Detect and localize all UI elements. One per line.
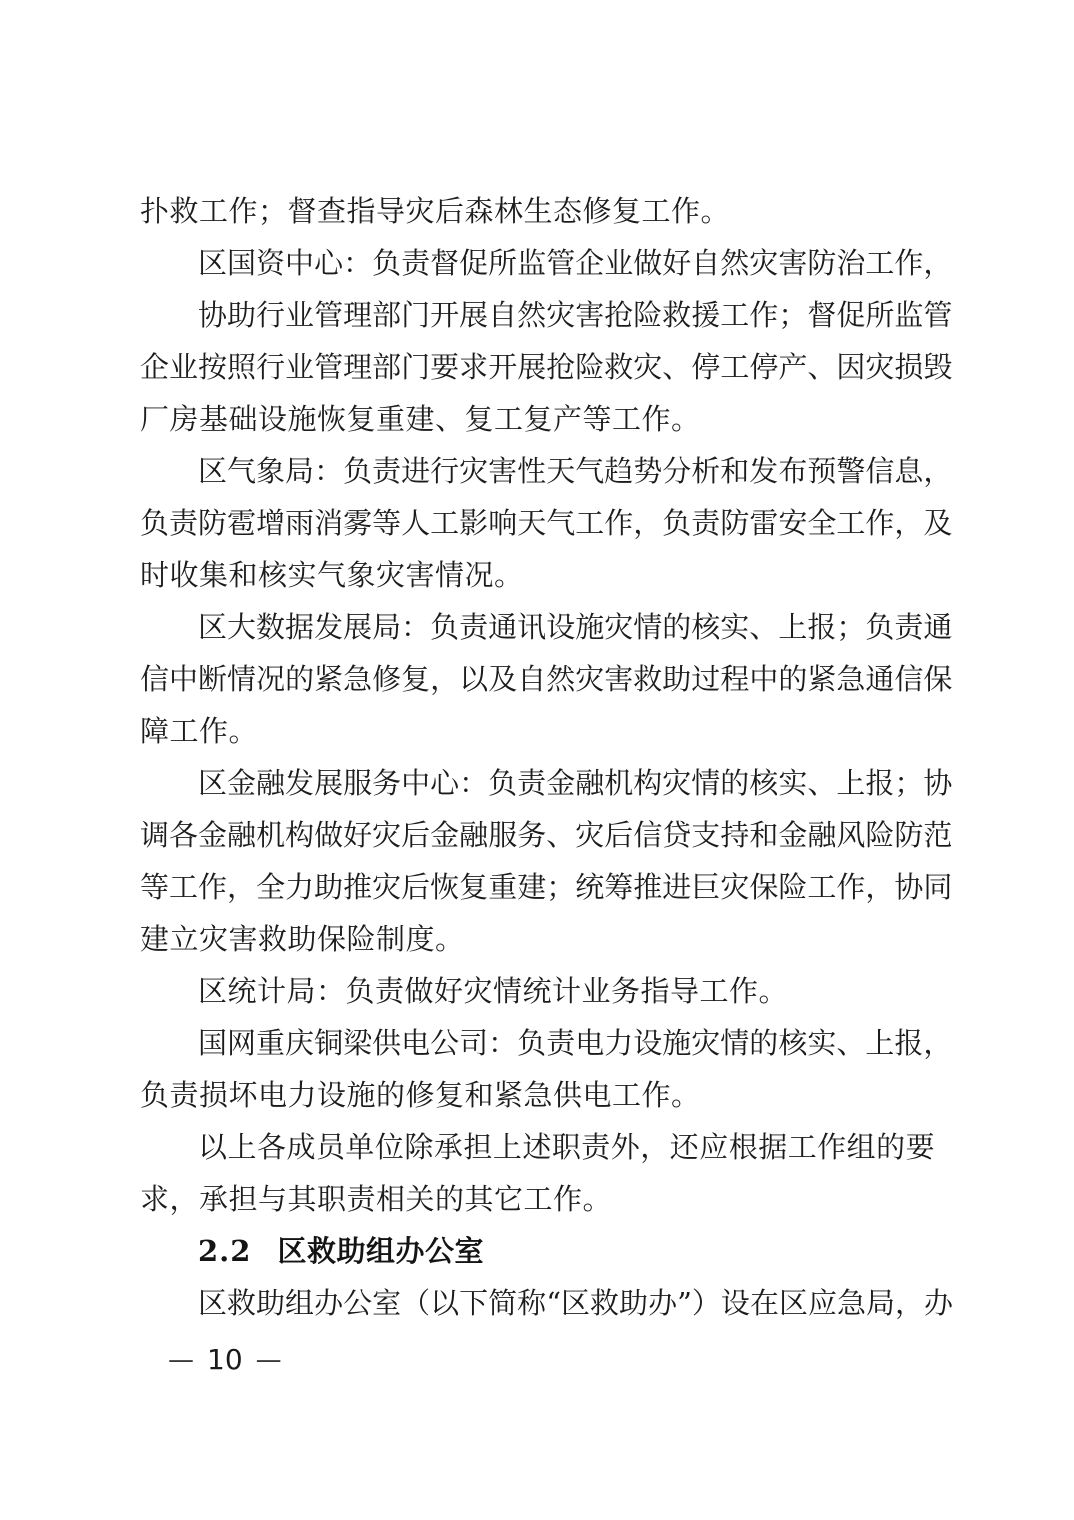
document-body: 扑救工作；督查指导灾后森林生态修复工作。区国资中心：负责督促所监管企业做好自然灾… <box>140 185 935 1329</box>
text-line: 区金融发展服务中心：负责金融机构灾情的核实、上报；协 <box>140 757 935 809</box>
text-line: 区国资中心：负责督促所监管企业做好自然灾害防治工作， <box>140 237 935 289</box>
text-line: 以上各成员单位除承担上述职责外，还应根据工作组的要 <box>140 1121 935 1173</box>
text-line: 求，承担与其职责相关的其它工作。 <box>140 1173 935 1225</box>
text-line: 国网重庆铜梁供电公司：负责电力设施灾情的核实、上报， <box>140 1017 935 1069</box>
text-line: 信中断情况的紧急修复，以及自然灾害救助过程中的紧急通信保 <box>140 653 935 705</box>
section-title: 区救助组办公室 <box>277 1234 484 1268</box>
text-line: 区大数据发展局：负责通讯设施灾情的核实、上报；负责通 <box>140 601 935 653</box>
text-line: 障工作。 <box>140 705 935 757</box>
text-line: 区救助组办公室（以下简称“区救助办”）设在区应急局，办 <box>140 1277 935 1329</box>
text-line: 负责损坏电力设施的修复和紧急供电工作。 <box>140 1069 935 1121</box>
text-line: 区气象局：负责进行灾害性天气趋势分析和发布预警信息， <box>140 445 935 497</box>
text-line: 扑救工作；督查指导灾后森林生态修复工作。 <box>140 185 935 237</box>
text-line: 建立灾害救助保险制度。 <box>140 913 935 965</box>
page-number-dash-right: — <box>256 1338 282 1382</box>
page-number-dash-left: — <box>168 1338 194 1382</box>
section-heading: 2.2区救助组办公室 <box>140 1225 935 1277</box>
text-line: 企业按照行业管理部门要求开展抢险救灾、停工停产、因灾损毁 <box>140 341 935 393</box>
page-number: 10 <box>207 1338 243 1382</box>
text-line: 时收集和核实气象灾害情况。 <box>140 549 935 601</box>
text-line: 负责防雹增雨消雾等人工影响天气工作，负责防雷安全工作，及 <box>140 497 935 549</box>
page-footer: — 10 — <box>168 1338 282 1382</box>
text-line: 等工作，全力助推灾后恢复重建；统筹推进巨灾保险工作，协同 <box>140 861 935 913</box>
text-line: 调各金融机构做好灾后金融服务、灾后信贷支持和金融风险防范 <box>140 809 935 861</box>
text-line: 区统计局：负责做好灾情统计业务指导工作。 <box>140 965 935 1017</box>
document-page: 扑救工作；督查指导灾后森林生态修复工作。区国资中心：负责督促所监管企业做好自然灾… <box>0 0 1074 1520</box>
section-number: 2.2 <box>198 1234 251 1268</box>
text-line: 厂房基础设施恢复重建、复工复产等工作。 <box>140 393 935 445</box>
text-line: 协助行业管理部门开展自然灾害抢险救援工作；督促所监管 <box>140 289 935 341</box>
